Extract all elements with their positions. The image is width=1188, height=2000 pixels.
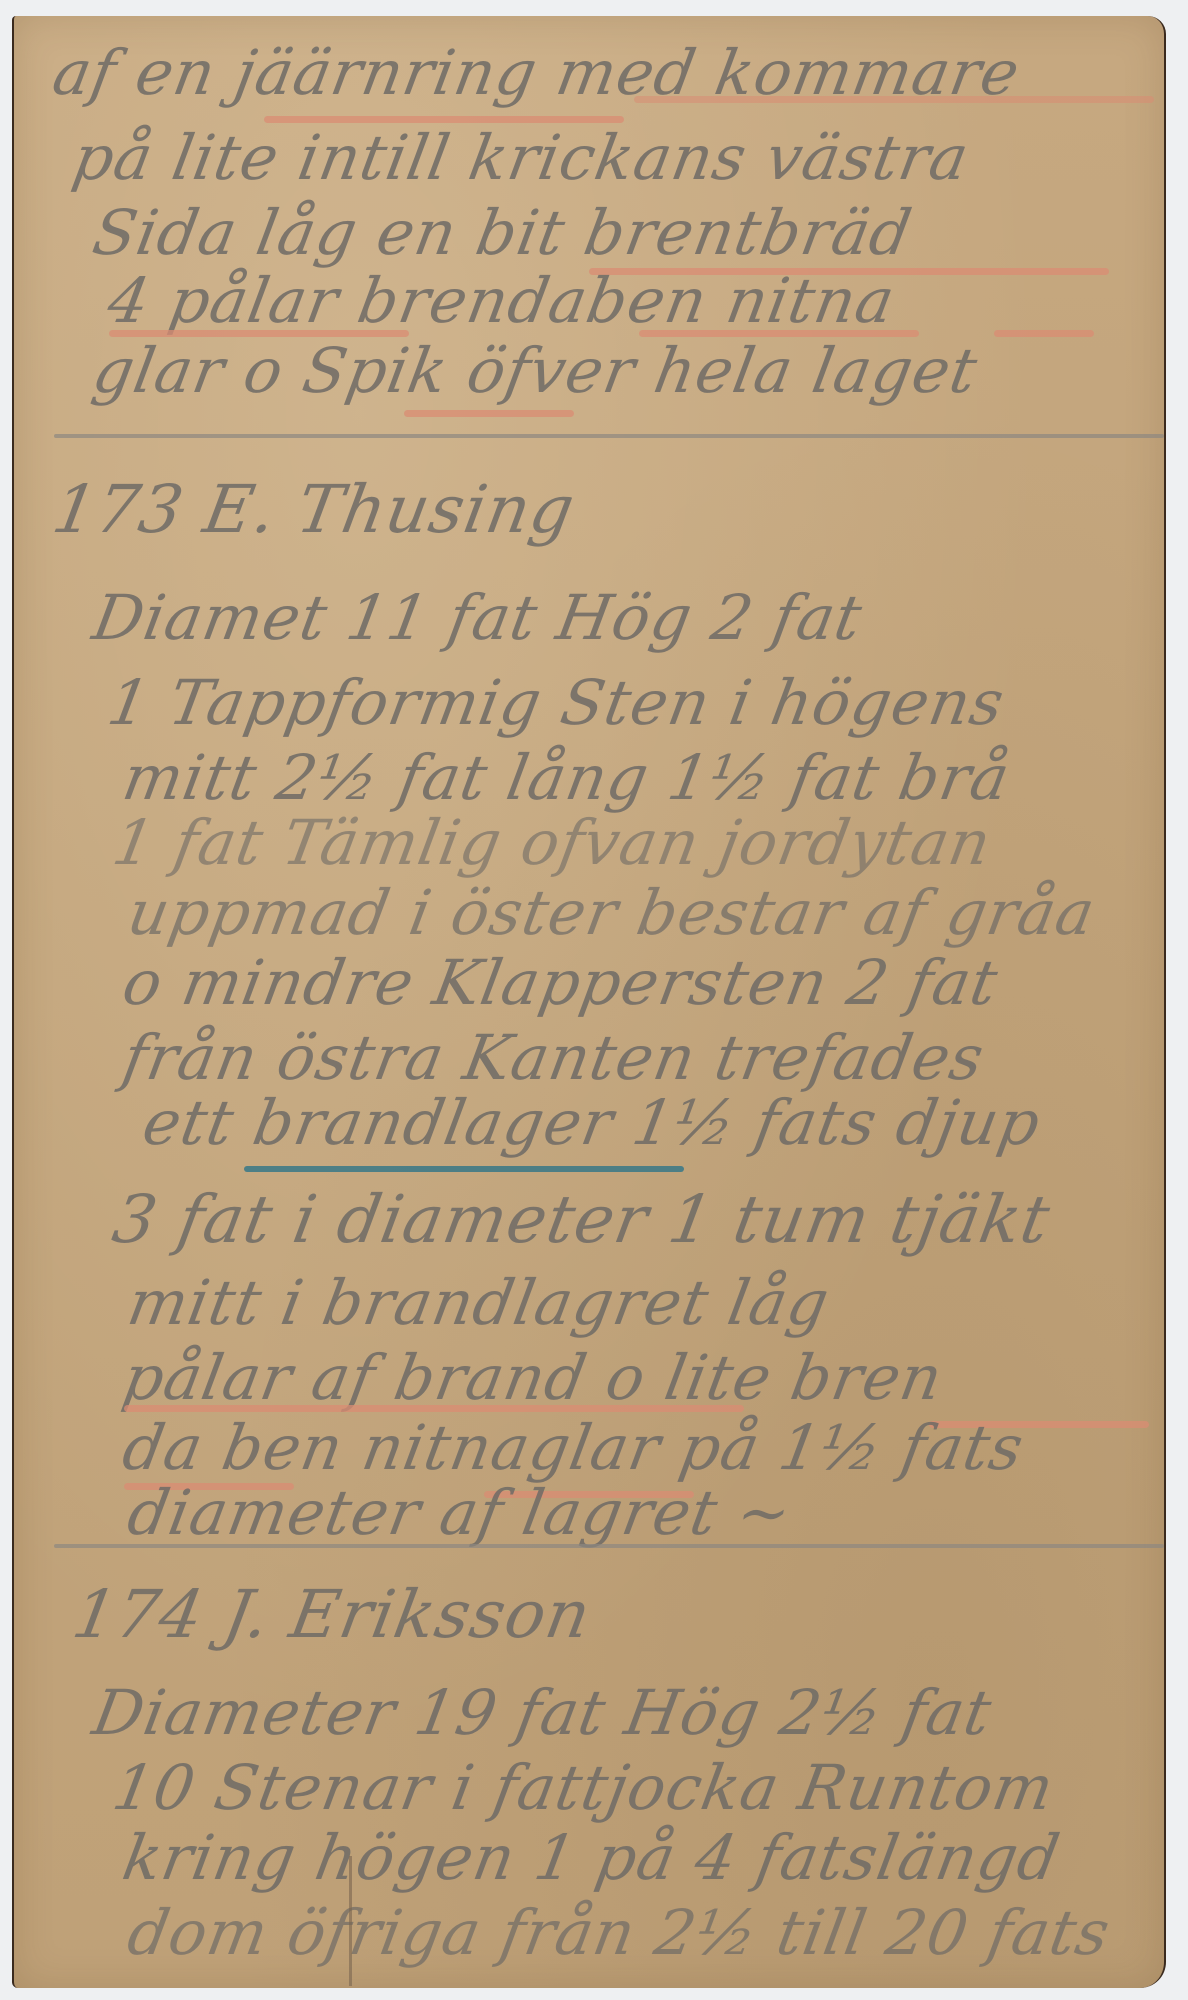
entry-173-line-8: ett brandlager 1½ fats djup: [14, 1086, 1164, 1176]
handwritten-text: pålar af brand o lite bren: [118, 1341, 949, 1414]
handwritten-text: 10 Stenar i fattjocka Runtom: [108, 1751, 1060, 1824]
handwritten-text: Sida låg en bit brentbräd: [88, 196, 918, 269]
handwritten-text: 3 fat i diameter 1 tum tjäkt: [107, 1181, 1056, 1258]
handwritten-text: från östra Kanten trefades: [118, 1021, 990, 1094]
entry-heading: 173 E. Thusing: [47, 471, 580, 548]
handwritten-text: dom öfriga från 2½ till 20 fats: [123, 1896, 1116, 1969]
section-divider: [54, 1544, 1164, 1548]
handwritten-text: o mindre Klappersten 2 fat: [118, 946, 1004, 1019]
entry-173-line-1: Diamet 11 fat Hög 2 fat: [14, 581, 1164, 671]
entry-173-heading: 173 E. Thusing: [14, 471, 1164, 561]
handwritten-text: glar o Spik öfver hela laget: [88, 334, 984, 407]
section-divider: [54, 434, 1164, 438]
blue-underline: [244, 1166, 684, 1172]
handwritten-text: ett brandlager 1½ fats djup: [138, 1086, 1047, 1159]
handwritten-text: diameter af lagret ~: [123, 1476, 798, 1549]
paper-tear: [349, 1856, 352, 1986]
handwritten-text: mitt i brandlagret låg: [123, 1266, 835, 1339]
handwritten-text: 4 pålar brendaben nitna: [103, 264, 901, 337]
red-underline: [404, 410, 574, 417]
red-underline: [634, 96, 1154, 103]
handwritten-text: 1 fat Tämlig ofvan jordytan: [108, 806, 998, 879]
document-page: af en jäärnring med kommare på lite inti…: [12, 16, 1166, 1988]
handwritten-text: på lite intill krickans västra: [68, 121, 975, 194]
entry-173-line-9: 3 fat i diameter 1 tum tjäkt: [14, 1181, 1164, 1271]
continuation-line-1: af en jäärnring med kommare: [14, 36, 1164, 126]
entry-heading: 174 J. Eriksson: [67, 1576, 597, 1653]
entry-174-line-4: dom öfriga från 2½ till 20 fats: [14, 1896, 1164, 1986]
continuation-line-5: glar o Spik öfver hela laget: [14, 334, 1164, 424]
handwritten-text: da ben nitnaglar på 1½ fats: [118, 1411, 1030, 1484]
entry-174-heading: 174 J. Eriksson: [14, 1576, 1164, 1666]
entry-173-line-13: diameter af lagret ~: [14, 1476, 1164, 1566]
handwritten-text: Diameter 19 fat Hög 2½ fat: [88, 1676, 998, 1749]
handwritten-text: mitt 2½ fat lång 1½ fat brå: [118, 741, 1016, 814]
handwritten-text: Diamet 11 fat Hög 2 fat: [88, 581, 868, 654]
handwritten-text: kring högen 1 på 4 fatslängd: [118, 1821, 1066, 1894]
handwritten-text: uppmad i öster bestar af gråa: [123, 876, 1101, 949]
handwritten-text: 1 Tappformig Sten i högens: [103, 666, 1010, 739]
